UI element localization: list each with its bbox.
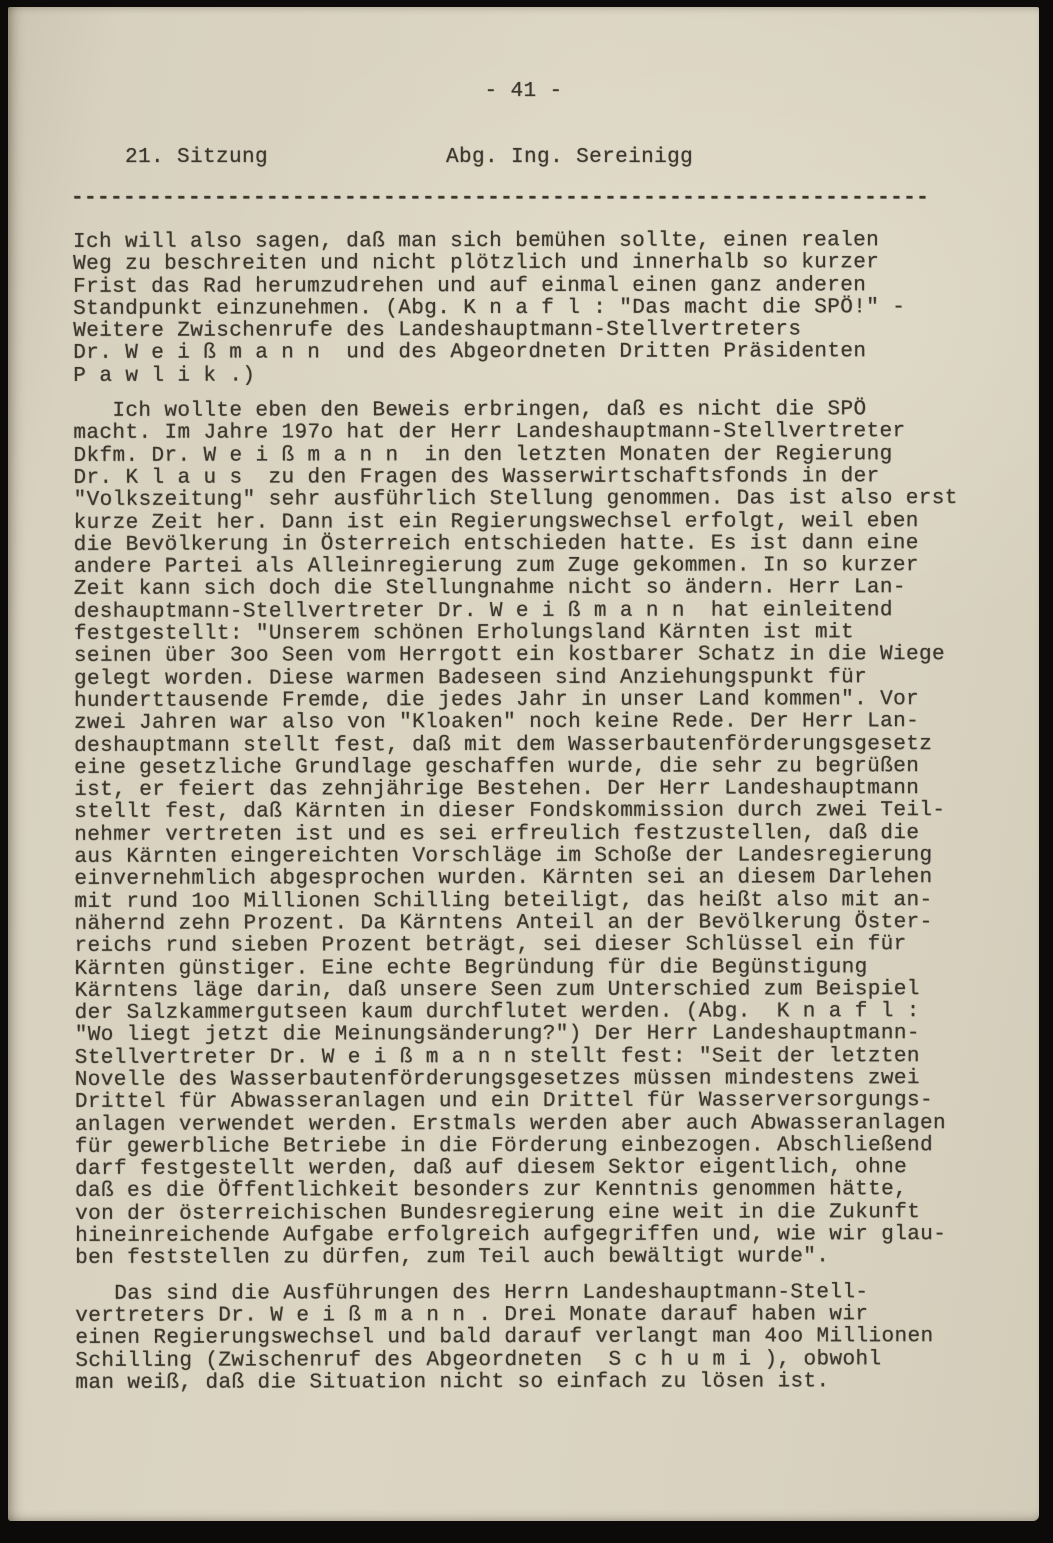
speaker-label: Abg. Ing. Sereinigg: [446, 146, 693, 169]
paragraph: Das sind die Ausführungen des Herrn Land…: [75, 1281, 1041, 1395]
session-label: 21. Sitzung: [125, 146, 268, 169]
header-divider: ----------------------------------------…: [8, 192, 1039, 206]
page-number: - 41 -: [8, 7, 1039, 103]
paragraph: Ich will also sagen, daß man sich bemühe…: [73, 230, 1039, 388]
document-page: - 41 - 21. SitzungAbg. Ing. Sereinigg --…: [8, 7, 1039, 1521]
scan-background: { "colors": { "paper": "#dcd5c3", "ink":…: [0, 0, 1053, 1543]
body-text: Ich will also sagen, daß man sich bemühe…: [8, 230, 1041, 1395]
paragraph: Ich wollte eben den Beweis erbringen, da…: [73, 399, 1041, 1271]
page-header: 21. SitzungAbg. Ing. Sereinigg: [8, 123, 1039, 192]
